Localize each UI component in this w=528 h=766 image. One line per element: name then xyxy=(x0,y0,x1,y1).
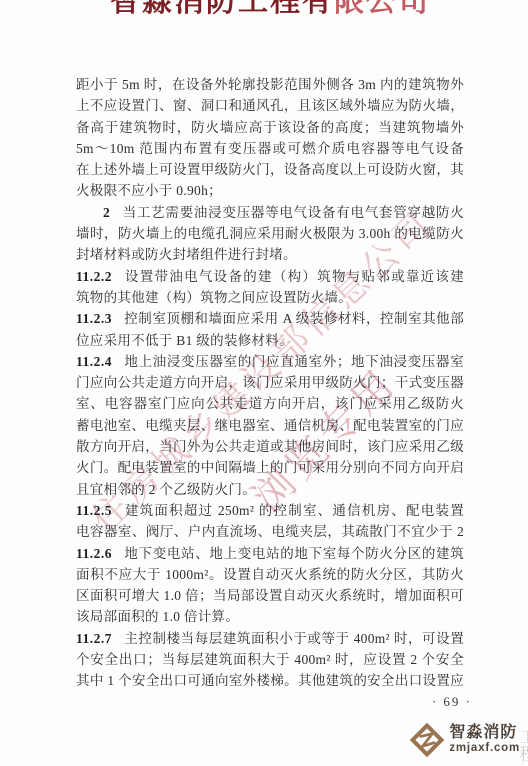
clause-number: 11.2.7 xyxy=(76,631,112,646)
zhimiao-diamond-icon xyxy=(409,722,445,758)
text-line: 11.2.4地上油浸变压器室的门应直通室外；地下油浸变压器室 xyxy=(76,351,464,372)
clause-number: 11.2.4 xyxy=(76,354,112,369)
text-line: 封堵材料或防火封堵组件进行封堵。 xyxy=(76,244,464,265)
text-line: 门应向公共走道方向开启，该门应采用甲级防火门；干式变压器 xyxy=(76,372,464,393)
text-line: 5m～10m 范围内布置有变压器或可燃介质电容器等电气设备时， xyxy=(76,138,464,159)
text-line: 墙时，防火墙上的电缆孔洞应采用耐火极限为 3.00h 的电缆防火 xyxy=(76,223,464,244)
zhimiao-logo-ghost: 工程 xyxy=(519,729,528,763)
text-line: 11.2.3控制室顶棚和墙面应采用 A 级装修材料，控制室其他部 xyxy=(76,308,464,329)
text-line: 电容器室、阀厅、户内直流场、电缆夹层，其疏散门不宜少于 2 个。 xyxy=(76,521,464,542)
text-line: 11.2.5建筑面积超过 250m² 的控制室、通信机房、配电装置室、 xyxy=(76,500,464,521)
clause-number: 2 xyxy=(103,205,110,220)
text-line: 距小于 5m 时，在设备外轮廓投影范围外侧各 3m 内的建筑物外墙 xyxy=(76,74,464,95)
text-line: 蓄电池室、电缆夹层、继电器室、通信机房、配电装置室的门应向疏 xyxy=(76,415,464,436)
text-line: 11.2.6地下变电站、地上变电站的地下室每个防火分区的建筑 xyxy=(76,543,464,564)
text-line: 且宜相邻的 2 个乙级防火门。 xyxy=(76,479,464,500)
text-line: 室、电容器室门应向公共走道方向开启，该门应采用乙级防火门； xyxy=(76,393,464,414)
zhimiao-logo-name: 智淼消防 xyxy=(449,725,520,741)
text-line: 该局部面积的 1.0 倍计算。 xyxy=(76,606,464,627)
text-line: 其中 1 个安全出口可通向室外楼梯。其他建筑的安全出口设置应 xyxy=(76,670,464,691)
zhimiao-logo: 智淼消防 zmjaxf.com 工程 xyxy=(409,722,520,758)
clause-number: 11.2.5 xyxy=(76,503,112,518)
text-line: 个安全出口；当每层建筑面积大于 400m² 时，应设置 2 个安全出口， xyxy=(76,649,464,670)
text-line: 上不应设置门、窗、洞口和通风孔，且该区域外墙应为防火墙，当设 xyxy=(76,95,464,116)
text-line: 备高于建筑物时，防火墙应高于该设备的高度；当建筑物墙外 xyxy=(76,117,464,138)
text-line: 区面积可增大 1.0 倍；当局部设置自动灭火系统时，增加面积可按 xyxy=(76,585,464,606)
zhimiao-logo-url: zmjaxf.com xyxy=(449,743,520,755)
page-number: · 69 · xyxy=(432,694,472,710)
text-line: 11.2.7主控制楼当每层建筑面积小于或等于 400m² 时，可设置 1 xyxy=(76,628,464,649)
text-block: 距小于 5m 时，在设备外轮廓投影范围外侧各 3m 内的建筑物外墙上不应设置门、… xyxy=(76,74,464,692)
text-line: 面积不应大于 1000m²。设置自动灭火系统的防火分区，其防火分 xyxy=(76,564,464,585)
text-line: 散方向开启，当门外为公共走道或其他房间时，该门应采用乙级防 xyxy=(76,436,464,457)
watermark-top-clipped: 智淼消防工程有限公司 xyxy=(110,0,436,30)
text-line: 火门。配电装置室的中间隔墙上的门可采用分别向不同方向开启 xyxy=(76,457,464,478)
clause-number: 11.2.3 xyxy=(76,311,112,326)
text-line: 2当工艺需要油浸变压器等电气设备有电气套管穿越防火 xyxy=(76,202,464,223)
text-line: 11.2.2设置带油电气设备的建（构）筑物与贴邻或靠近该建（构） xyxy=(76,266,464,287)
watermark-top-text: 智淼消防工程有限公司 xyxy=(110,0,436,17)
clause-number: 11.2.6 xyxy=(76,546,112,561)
document-page: 智淼消防工程有限公司 住房城乡建设部信息公司 浏览专用 距小于 5m 时，在设备… xyxy=(0,0,528,766)
text-line: 位应采用不低于 B1 级的装修材料。 xyxy=(76,330,464,351)
text-line: 筑物的其他建（构）筑物之间应设置防火墙。 xyxy=(76,287,464,308)
clause-number: 11.2.2 xyxy=(76,269,112,284)
text-line: 在上述外墙上可设置甲级防火门，设备高度以上可设防火窗，其耐 xyxy=(76,159,464,180)
text-line: 火极限不应小于 0.90h； xyxy=(76,180,464,201)
